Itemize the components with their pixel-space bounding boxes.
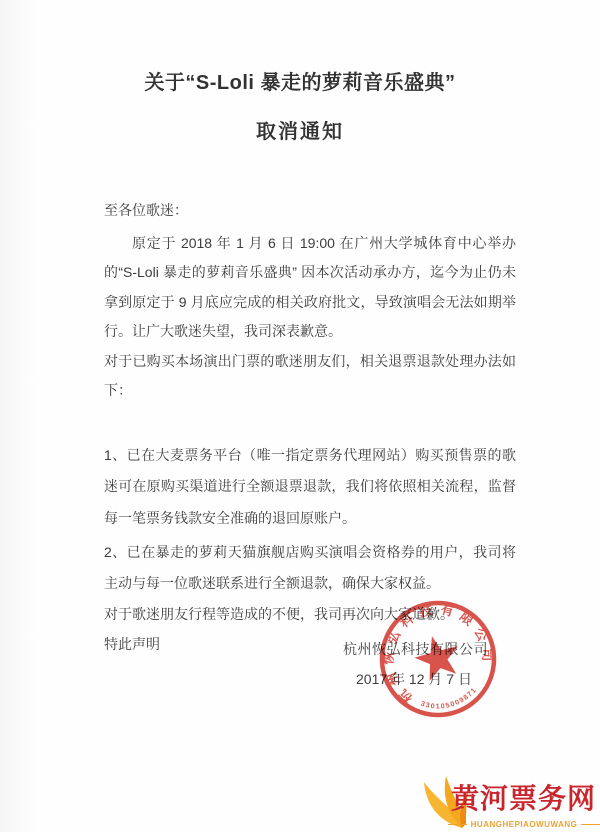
document-body: 至各位歌迷： 原定于 2018 年 1 月 6 日 19:00 在广州大学城体育…	[104, 196, 516, 659]
ticket-site-watermark: 黄河票务网 HUANGHEPIAOWUWANG	[420, 770, 600, 832]
salutation: 至各位歌迷：	[104, 196, 516, 226]
watermark-site-name: 黄河票务网	[451, 777, 600, 817]
watermark-romanized-text: HUANGHEPIAOWUWANG	[471, 820, 578, 829]
document-subtitle: 取消通知	[0, 115, 600, 144]
paragraph-refund-damai: 1、已在大麦票务平台（唯一指定票务代理网站）购买预售票的歌迷可在原购买渠道进行全…	[104, 440, 516, 535]
paragraph-refund-intro: 对于已购买本场演出门票的歌迷朋友们，相关退票退款处理办法如下：	[104, 347, 516, 406]
notice-document-page: 关于“S-Loli 暴走的萝莉音乐盛典” 取消通知 至各位歌迷： 原定于 201…	[0, 0, 600, 832]
paragraph-reason: 原定于 2018 年 1 月 6 日 19:00 在广州大学城体育中心举办的“S…	[104, 229, 516, 347]
title-block: 关于“S-Loli 暴走的萝莉音乐盛典” 取消通知	[0, 66, 600, 144]
company-seal-stamp: 杭州恢弘科技有限公司 3301050098718	[371, 592, 505, 726]
paragraph-refund-tmall: 2、已在暴走的萝莉天猫旗舰店购买演唱会资格券的用户，我司将主动与每一位歌迷联系进…	[104, 537, 516, 599]
watermark-site-romanized: HUANGHEPIAOWUWANG	[448, 820, 600, 829]
seal-star-icon	[410, 631, 464, 684]
document-title: 关于“S-Loli 暴走的萝莉音乐盛典”	[0, 66, 600, 95]
